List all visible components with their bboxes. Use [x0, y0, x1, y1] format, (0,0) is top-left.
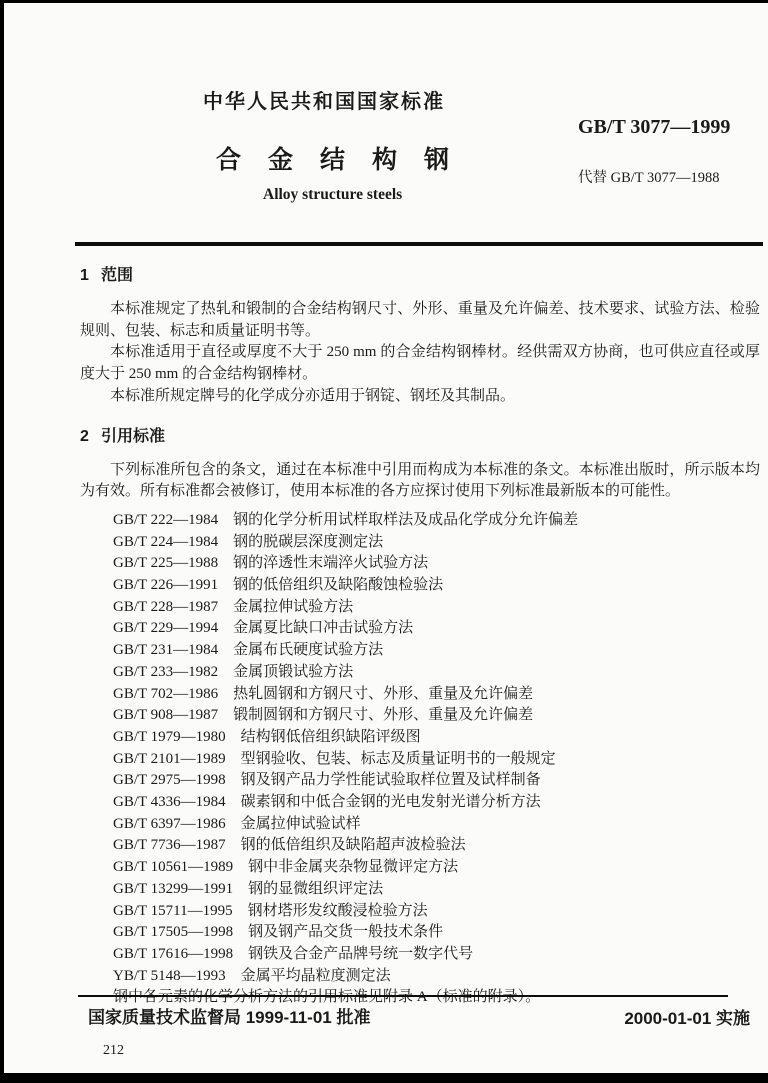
referenced-standard-code: GB/T 702—1986 [113, 684, 218, 706]
referenced-standards-list: GB/T 222—1984钢的化学分析用试样取样法及成品化学成分允许偏差GB/T… [80, 510, 760, 987]
footer-implementation-text: 2000-01-01 实施 [624, 1004, 750, 1029]
referenced-standard-code: GB/T 229—1994 [113, 618, 218, 640]
referenced-standard-code: GB/T 2975—1998 [113, 770, 226, 792]
referenced-standard-title: 钢及钢产品力学性能试验取样位置及试样制备 [241, 772, 541, 788]
header-divider-rule [75, 242, 763, 246]
referenced-standard-code: GB/T 4336—1984 [113, 792, 226, 814]
referenced-standard-row: GB/T 2975—1998钢及钢产品力学性能试验取样位置及试样制备 [80, 770, 760, 792]
referenced-standard-code: GB/T 233—1982 [113, 662, 218, 684]
referenced-standard-title: 结构钢低倍组织缺陷评级图 [241, 729, 421, 745]
referenced-standard-row: GB/T 226—1991钢的低倍组织及缺陷酸蚀检验法 [80, 575, 760, 597]
scanned-standard-page: { "colors": { "ink": "#1a1a1a", "paper":… [0, 0, 768, 1083]
section-heading-label: 引用标准 [101, 428, 165, 445]
section-heading-references: 2引用标准 [80, 426, 760, 448]
referenced-standard-code: GB/T 15711—1995 [113, 901, 233, 923]
footer-approval-text: 国家质量技术监督局 1999-11-01 批准 [88, 1003, 370, 1028]
referenced-standard-row: GB/T 4336—1984碳素钢和中低合金钢的光电发射光谱分析方法 [80, 792, 760, 814]
referenced-standard-code: GB/T 2101—1989 [113, 749, 226, 771]
referenced-standard-code: GB/T 6397—1986 [113, 814, 226, 836]
scope-paragraph: 本标准适用于直径或厚度不大于 250 mm 的合金结构钢棒材。经供需双方协商，也… [80, 342, 760, 385]
referenced-standard-code: GB/T 225—1988 [113, 553, 218, 575]
referenced-standard-title: 金属拉伸试验试样 [241, 816, 361, 832]
referenced-standard-code: GB/T 222—1984 [113, 510, 218, 532]
document-title-english: Alloy structure steels [263, 186, 402, 204]
national-standard-label: 中华人民共和国国家标准 [203, 85, 445, 114]
referenced-standard-row: YB/T 5148—1993金属平均晶粒度测定法 [80, 966, 760, 988]
document-body: 1范围 本标准规定了热轧和锻制的合金结构钢尺寸、外形、重量及允许偏差、技术要求、… [80, 265, 760, 1009]
references-intro-paragraph: 下列标准所包含的条文，通过在本标准中引用而构成为本标准的条文。本标准出版时，所示… [80, 460, 760, 503]
referenced-standard-row: GB/T 222—1984钢的化学分析用试样取样法及成品化学成分允许偏差 [80, 510, 760, 532]
referenced-standard-code: GB/T 7736—1987 [113, 835, 226, 857]
footer-divider-rule [78, 995, 728, 997]
referenced-standard-title: 钢的低倍组织及缺陷酸蚀检验法 [233, 577, 443, 593]
page-number: 212 [103, 1043, 124, 1059]
referenced-standard-code: GB/T 10561—1989 [113, 857, 233, 879]
scan-edge-left [0, 0, 4, 1083]
scope-paragraph: 本标准所规定牌号的化学成分亦适用于钢锭、钢坯及其制品。 [80, 386, 760, 408]
scan-edge-top [0, 0, 768, 3]
referenced-standard-title: 钢的化学分析用试样取样法及成品化学成分允许偏差 [233, 512, 578, 528]
section-heading-scope: 1范围 [80, 265, 760, 287]
referenced-standard-code: GB/T 1979—1980 [113, 727, 226, 749]
referenced-standard-row: GB/T 6397—1986金属拉伸试验试样 [80, 814, 760, 836]
referenced-standard-row: GB/T 17505—1998钢及钢产品交货一般技术条件 [80, 922, 760, 944]
referenced-standard-code: GB/T 226—1991 [113, 575, 218, 597]
referenced-standard-code: GB/T 228—1987 [113, 597, 218, 619]
scope-paragraph: 本标准规定了热轧和锻制的合金结构钢尺寸、外形、重量及允许偏差、技术要求、试验方法… [80, 299, 760, 342]
section-heading-label: 范围 [101, 267, 133, 284]
referenced-standard-code: GB/T 908—1987 [113, 705, 218, 727]
referenced-standard-title: 型钢验收、包装、标志及质量证明书的一般规定 [241, 751, 556, 767]
referenced-standard-title: 锻制圆钢和方钢尺寸、外形、重量及允许偏差 [233, 707, 533, 723]
referenced-standard-title: 金属布氏硬度试验方法 [233, 642, 383, 658]
referenced-standard-row: GB/T 908—1987锻制圆钢和方钢尺寸、外形、重量及允许偏差 [80, 705, 760, 727]
referenced-standard-title: 金属顶锻试验方法 [233, 664, 353, 680]
referenced-standard-title: 钢铁及合金产品牌号统一数字代号 [248, 946, 473, 962]
referenced-standard-row: GB/T 13299—1991钢的显微组织评定法 [80, 879, 760, 901]
referenced-standard-title: 金属平均晶粒度测定法 [241, 968, 391, 984]
referenced-standard-title: 钢材塔形发纹酸浸检验方法 [248, 903, 428, 919]
referenced-standard-title: 钢中非金属夹杂物显微评定方法 [248, 859, 458, 875]
referenced-standard-row: GB/T 225—1988钢的淬透性末端淬火试验方法 [80, 553, 760, 575]
referenced-standard-row: GB/T 224—1984钢的脱碳层深度测定法 [80, 532, 760, 554]
referenced-standard-row: GB/T 231—1984金属布氏硬度试验方法 [80, 640, 760, 662]
referenced-standard-row: GB/T 233—1982金属顶锻试验方法 [80, 662, 760, 684]
document-title-chinese: 合金结构钢 [216, 140, 476, 176]
referenced-standard-title: 金属拉伸试验方法 [233, 599, 353, 615]
referenced-standard-code: GB/T 231—1984 [113, 640, 218, 662]
standard-code: GB/T 3077—1999 [578, 116, 730, 139]
referenced-standard-title: 碳素钢和中低合金钢的光电发射光谱分析方法 [241, 794, 541, 810]
referenced-standard-title: 钢及钢产品交货一般技术条件 [248, 924, 443, 940]
referenced-standard-row: GB/T 229—1994金属夏比缺口冲击试验方法 [80, 618, 760, 640]
referenced-standard-row: GB/T 17616—1998钢铁及合金产品牌号统一数字代号 [80, 944, 760, 966]
referenced-standard-code: GB/T 17505—1998 [113, 922, 233, 944]
replaces-note: 代替 GB/T 3077—1988 [578, 166, 720, 187]
scan-edge-bottom [0, 1073, 768, 1083]
referenced-standard-row: GB/T 10561—1989钢中非金属夹杂物显微评定方法 [80, 857, 760, 879]
referenced-standard-row: GB/T 228—1987金属拉伸试验方法 [80, 597, 760, 619]
referenced-standard-row: GB/T 15711—1995钢材塔形发纹酸浸检验方法 [80, 901, 760, 923]
section-number: 2 [80, 426, 101, 448]
referenced-standard-code: GB/T 224—1984 [113, 532, 218, 554]
referenced-standard-title: 钢的低倍组织及缺陷超声波检验法 [241, 837, 466, 853]
section-number: 1 [80, 265, 101, 287]
referenced-standard-code: YB/T 5148—1993 [113, 966, 226, 988]
referenced-standard-row: GB/T 702—1986热轧圆钢和方钢尺寸、外形、重量及允许偏差 [80, 684, 760, 706]
referenced-standard-code: GB/T 13299—1991 [113, 879, 233, 901]
referenced-standard-title: 热轧圆钢和方钢尺寸、外形、重量及允许偏差 [233, 686, 533, 702]
referenced-standard-row: GB/T 1979—1980结构钢低倍组织缺陷评级图 [80, 727, 760, 749]
referenced-standard-title: 钢的脱碳层深度测定法 [233, 534, 383, 550]
referenced-standard-title: 钢的淬透性末端淬火试验方法 [233, 555, 428, 571]
referenced-standard-row: GB/T 7736—1987钢的低倍组织及缺陷超声波检验法 [80, 835, 760, 857]
referenced-standard-title: 金属夏比缺口冲击试验方法 [233, 620, 413, 636]
referenced-standard-row: GB/T 2101—1989型钢验收、包装、标志及质量证明书的一般规定 [80, 749, 760, 771]
referenced-standard-title: 钢的显微组织评定法 [248, 881, 383, 897]
referenced-standard-code: GB/T 17616—1998 [113, 944, 233, 966]
